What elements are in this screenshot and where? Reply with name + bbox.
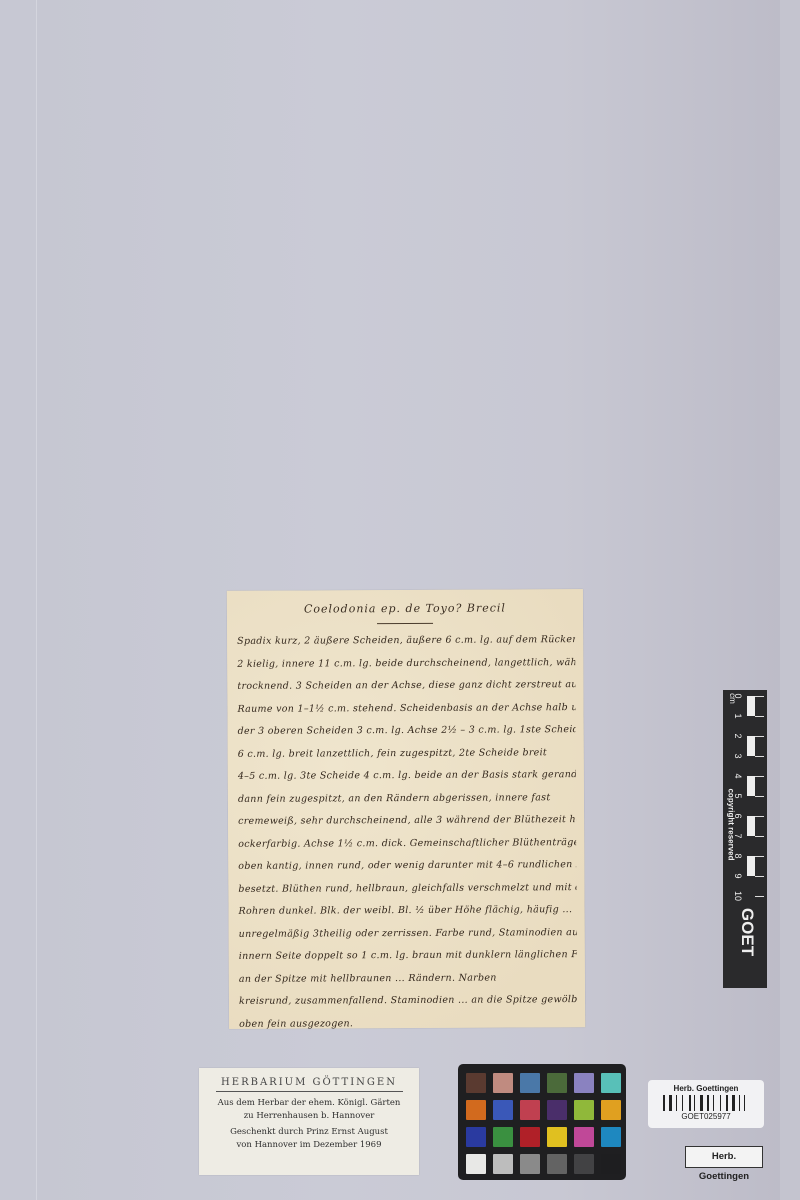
manuscript-body: Spadix kurz, 2 äußere Scheiden, äußere 6…: [237, 629, 577, 1036]
ruler-segment: [747, 716, 755, 736]
color-patch: [547, 1100, 567, 1120]
ruler-tick: [755, 696, 764, 697]
color-patch: [520, 1127, 540, 1147]
manuscript-line: ockerfarbig. Achse 1½ c.m. dick. Gemeins…: [238, 832, 576, 856]
color-patch: [493, 1127, 513, 1147]
barcode-id: GOET025977: [648, 1112, 764, 1121]
label-line: zu Herrenhausen b. Hannover: [199, 1110, 419, 1123]
goet-logo: GOET: [737, 902, 757, 962]
color-patch: [547, 1127, 567, 1147]
manuscript-line: Spadix kurz, 2 äußere Scheiden, äußere 6…: [237, 629, 575, 653]
ruler-segment: [747, 856, 755, 876]
ruler-segment: [747, 756, 755, 776]
manuscript-line: oben kantig, innen rund, oder wenig daru…: [238, 854, 576, 878]
manuscript-line: unregelmäßig 3theilig oder zerrissen. Fa…: [239, 922, 577, 946]
manuscript-line: Rohren dunkel. Blk. der weibl. Bl. ½ übe…: [238, 899, 576, 923]
ruler-segment: [747, 696, 755, 716]
ruler-tick: [755, 736, 764, 737]
manuscript-line: 4–5 c.m. lg. 3te Scheide 4 c.m. lg. beid…: [238, 764, 576, 788]
ruler-segment: [747, 776, 755, 796]
color-patch: [466, 1073, 486, 1093]
ruler-segment: [747, 836, 755, 856]
manuscript-line: der 3 oberen Scheiden 3 c.m. lg. Achse 2…: [238, 719, 576, 743]
manuscript-line: besetzt. Blüthen rund, hellbraun, gleich…: [238, 877, 576, 901]
color-patch: [466, 1100, 486, 1120]
ruler-segment: [747, 796, 755, 816]
color-patch: [574, 1073, 594, 1093]
color-patch: [574, 1100, 594, 1120]
manuscript-line: Raume von 1–1½ c.m. stehend. Scheidenbas…: [237, 697, 575, 721]
ruler-tick: [755, 776, 764, 777]
color-patch: [493, 1100, 513, 1120]
ruler-tick: [755, 716, 764, 717]
manuscript-line: 6 c.m. lg. breit lanzettlich, fein zuges…: [238, 742, 576, 766]
color-patch: [466, 1154, 486, 1174]
color-calibration-chart: [458, 1064, 626, 1180]
manuscript-line: cremeweiß, sehr durchscheinend, alle 3 w…: [238, 809, 576, 833]
manuscript-line: kreisrund, zusammenfallend. Staminodien …: [239, 989, 577, 1013]
ruler-tick: [755, 836, 764, 837]
ruler-tick: [755, 876, 764, 877]
manuscript-line: oben fein ausgezogen.: [239, 1012, 577, 1036]
manuscript-line: trocknend. 3 Scheiden an der Achse, dies…: [237, 674, 575, 698]
manuscript-line: an der Spitze mit hellbraunen ... Ränder…: [239, 967, 577, 991]
color-patch: [601, 1154, 621, 1174]
ruler-tick: [755, 756, 764, 757]
label-line: von Hannover im Dezember 1969: [199, 1139, 419, 1152]
sheet-edge: [780, 0, 800, 1200]
color-patch: [493, 1073, 513, 1093]
color-patch: [493, 1154, 513, 1174]
color-patch: [547, 1154, 567, 1174]
color-patch: [520, 1100, 540, 1120]
ruler-number: 1: [733, 709, 743, 723]
ruler-segment: [747, 816, 755, 836]
color-patch: [601, 1127, 621, 1147]
ruler-tick: [755, 796, 764, 797]
label-line: Aus dem Herbar der ehem. Königl. Gärten: [199, 1097, 419, 1110]
color-patch: [466, 1127, 486, 1147]
manuscript-title: Coelodonia ep. de Toyo? Brecil: [227, 601, 583, 616]
label-line: Geschenkt durch Prinz Ernst August: [199, 1126, 419, 1139]
ruler-number: 2: [733, 729, 743, 743]
copyright-text: copyright reserved: [727, 765, 736, 885]
scale-ruler: cm 012345678910 copyright reserved GOET: [723, 690, 767, 988]
ruler-segment: [747, 876, 755, 896]
manuscript-line: 2 kielig, innere 11 c.m. lg. beide durch…: [237, 652, 575, 676]
ruler-tick: [755, 816, 764, 817]
manuscript-line: innern Seite doppelt so 1 c.m. lg. braun…: [239, 944, 577, 968]
barcode-label: Herb. Goettingen GOET025977: [648, 1080, 764, 1128]
ruler-tick: [755, 856, 764, 857]
herbarium-stamp: Herb. Goettingen: [685, 1146, 763, 1168]
color-patch: [574, 1154, 594, 1174]
color-patch: [520, 1154, 540, 1174]
herbarium-heading: HERBARIUM GÖTTINGEN: [199, 1077, 419, 1088]
color-patch: [574, 1127, 594, 1147]
manuscript-line: dann fein zugespitzt, an den Rändern abg…: [238, 787, 576, 811]
barcode-icon: [663, 1095, 749, 1111]
ruler-number: 10: [733, 889, 743, 903]
barcode-institution: Herb. Goettingen: [648, 1084, 764, 1093]
color-patch: [601, 1100, 621, 1120]
label-rule: [216, 1091, 403, 1092]
ruler-number: 0: [733, 689, 743, 703]
ruler-tick: [755, 896, 764, 897]
herbarium-label: HERBARIUM GÖTTINGEN Aus dem Herbar der e…: [199, 1068, 419, 1175]
title-underline: [377, 623, 433, 624]
ruler-scale: 012345678910: [747, 696, 764, 896]
color-patch: [520, 1073, 540, 1093]
color-patch: [547, 1073, 567, 1093]
ruler-number: 3: [733, 749, 743, 763]
color-patch: [601, 1073, 621, 1093]
manuscript-note: Coelodonia ep. de Toyo? Brecil Spadix ku…: [227, 589, 585, 1029]
ruler-segment: [747, 736, 755, 756]
